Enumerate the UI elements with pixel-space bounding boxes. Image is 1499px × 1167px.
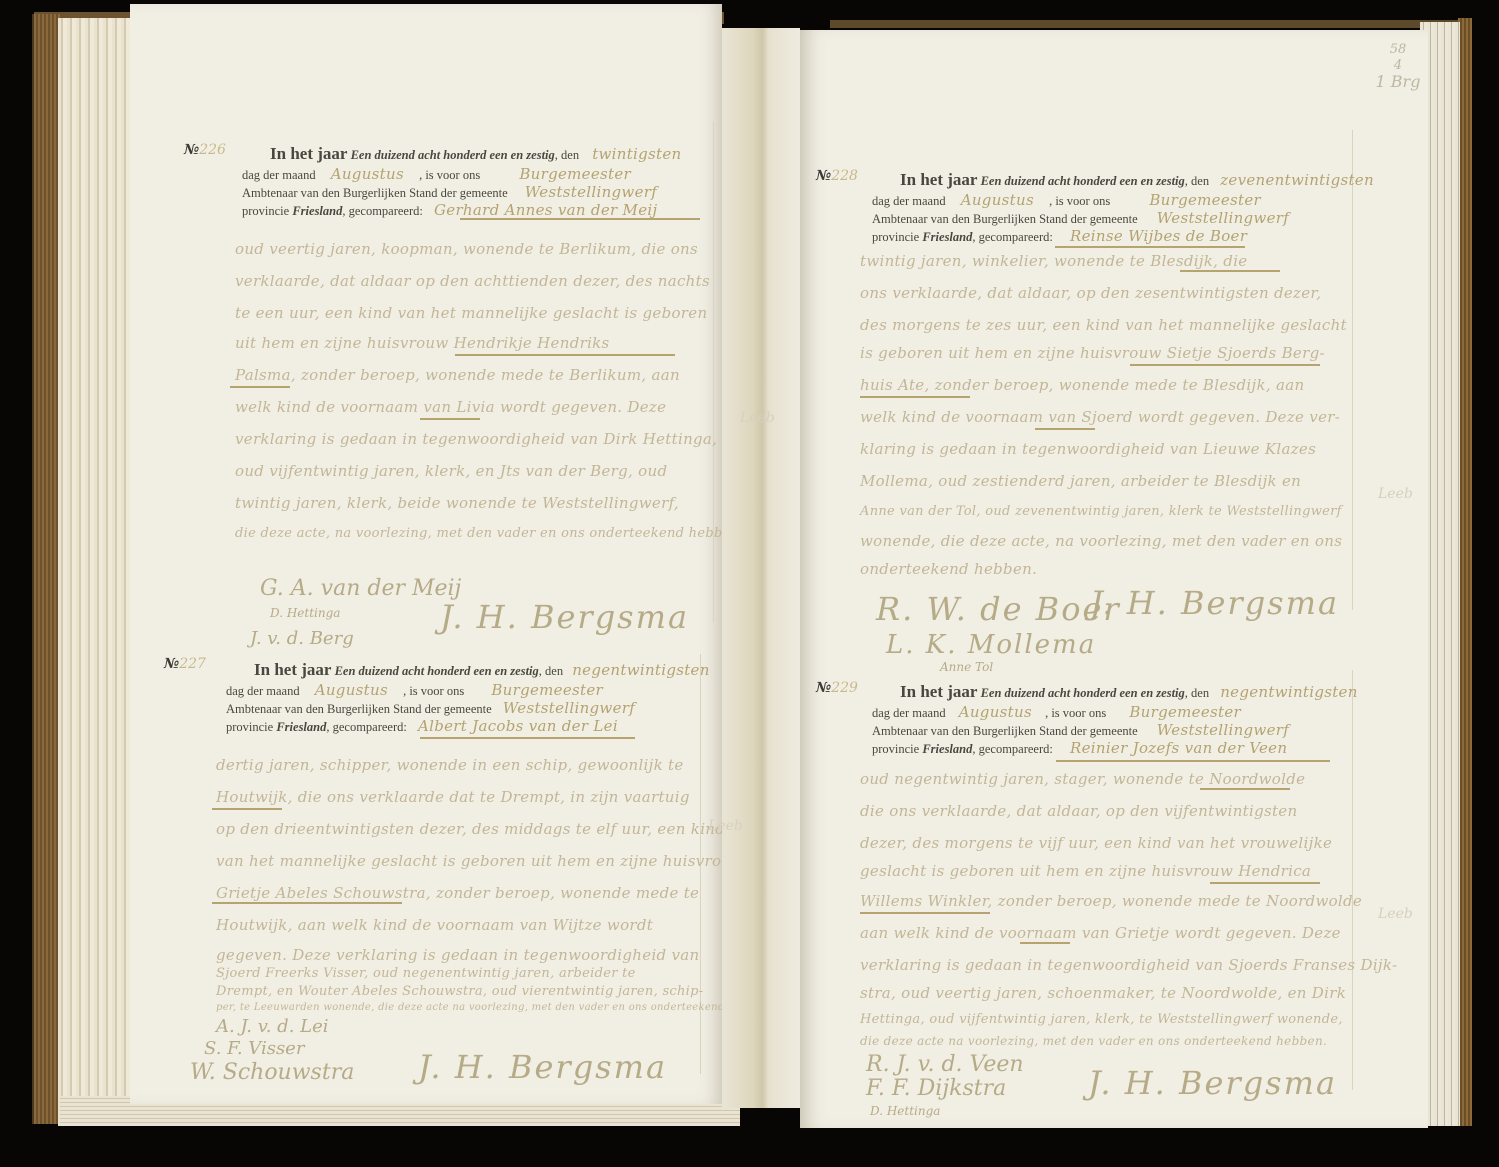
handwritten-text-line: welk kind de voornaam van Sjoerd wordt g…	[860, 408, 1340, 426]
handwritten-text-line: is geboren uit hem en zijne huisvrouw Si…	[860, 344, 1325, 362]
margin-note: Leeb	[1378, 486, 1413, 502]
signature: R. W. de Boer	[876, 590, 1121, 628]
signature: J. H. Bergsma	[1088, 1064, 1337, 1102]
signature: D. Hettinga	[870, 1104, 940, 1118]
printed-text: dag der maand	[872, 194, 946, 208]
handwritten-text-line: wonende, die deze acte, na voorlezing, m…	[860, 532, 1342, 550]
printed-line-1: In het jaar Een duizend acht honderd een…	[900, 172, 1374, 189]
printed-text: , is voor ons	[1049, 194, 1110, 208]
printed-province: Friesland	[922, 230, 972, 244]
margin-rule	[713, 122, 714, 622]
printed-text: dag der maand	[226, 684, 300, 698]
underline	[1180, 270, 1280, 272]
signature: Anne Tol	[940, 660, 993, 674]
handwritten-month: Augustus	[959, 703, 1032, 721]
handwritten-text-line: stra, oud veertig jaren, schoenmaker, te…	[860, 984, 1346, 1002]
handwritten-day: zevenentwintigsten	[1220, 171, 1374, 189]
handwritten-text-line: dertig jaren, schipper, wonende in een s…	[216, 756, 684, 774]
entry-number-value: 227	[179, 656, 206, 672]
number-sign: №	[816, 168, 831, 184]
handwritten-text-line: klaring is gedaan in tegenwoordigheid va…	[860, 440, 1316, 458]
underline	[420, 737, 635, 739]
folio-note: 1 Brg	[1368, 74, 1428, 90]
printed-line-3: Ambtenaar van den Burgerlijken Stand der…	[872, 210, 1289, 227]
underline	[1130, 364, 1320, 366]
handwritten-text-line: Houtwijk, aan welk kind de voornaam van …	[216, 916, 653, 934]
printed-line-3: Ambtenaar van den Burgerlijken Stand der…	[242, 184, 657, 201]
printed-line-3: Ambtenaar van den Burgerlijken Stand der…	[226, 700, 635, 717]
underline	[455, 354, 675, 356]
handwritten-text-line: twintig jaren, winkelier, wonende te Ble…	[860, 252, 1248, 270]
margin-note: Leeb	[740, 410, 775, 426]
handwritten-text-line: Houtwijk, die ons verklaarde dat te Drem…	[216, 788, 690, 806]
underline	[1020, 942, 1070, 944]
handwritten-text-line: uit hem en zijne huisvrouw Hendrikje Hen…	[235, 334, 610, 352]
open-register-book: №226 In het jaar Een duizend acht honder…	[0, 0, 1499, 1167]
printed-line-4: provincie Friesland, gecompareerd: Reini…	[872, 740, 1287, 757]
printed-text: provincie	[242, 204, 289, 218]
printed-text: In het jaar	[900, 170, 977, 189]
printed-text: dag der maand	[872, 706, 946, 720]
entry-number-value: 229	[831, 680, 858, 696]
printed-text: In het jaar	[270, 144, 347, 163]
underline	[420, 418, 480, 420]
entry-number: №228	[816, 168, 858, 184]
signature: G. A. van der Meij	[260, 576, 461, 601]
handwritten-text-line: des morgens te zes uur, een kind van het…	[860, 316, 1347, 334]
underline	[212, 902, 402, 904]
handwritten-text-line: die deze acte, na voorlezing, met den va…	[235, 526, 744, 541]
handwritten-official: Burgemeester	[491, 681, 603, 699]
printed-text: , den	[539, 664, 563, 678]
handwritten-declarant: Gerhard Annes van der Meij	[434, 201, 657, 219]
handwritten-month: Augustus	[961, 191, 1034, 209]
handwritten-text-line: van het mannelijke geslacht is geboren u…	[216, 852, 744, 870]
handwritten-text-line: dezer, des morgens te vijf uur, een kind…	[860, 834, 1332, 852]
handwritten-text-line: te een uur, een kind van het mannelijke …	[235, 304, 707, 322]
printed-text: , is voor ons	[403, 684, 464, 698]
underline	[212, 808, 282, 810]
underline	[230, 386, 290, 388]
printed-text: In het jaar	[254, 660, 331, 679]
printed-text: provincie	[226, 720, 273, 734]
underline	[1055, 246, 1245, 248]
printed-text: , gecompareerd:	[972, 230, 1053, 244]
handwritten-text-line: verklaring is gedaan in tegenwoordigheid…	[860, 956, 1397, 974]
entry-number-value: 226	[199, 142, 226, 158]
printed-line-2: dag der maand Augustus , is voor ons Bur…	[226, 682, 603, 699]
handwritten-day: negentwintigsten	[1220, 683, 1358, 701]
printed-text: , den	[555, 148, 579, 162]
handwritten-municipality: Weststellingwerf	[525, 183, 657, 201]
printed-province: Friesland	[276, 720, 326, 734]
signature: J. H. Bergsma	[1090, 584, 1339, 622]
handwritten-day: negentwintigsten	[572, 661, 710, 679]
signature: J. H. Bergsma	[418, 1048, 667, 1086]
printed-text: provincie	[872, 230, 919, 244]
handwritten-text-line: Drempt, en Wouter Abeles Schouwstra, oud…	[216, 984, 703, 999]
signature: A. J. v. d. Lei	[216, 1016, 329, 1037]
printed-province: Friesland	[922, 742, 972, 756]
printed-line-2: dag der maand Augustus , is voor ons Bur…	[872, 192, 1261, 209]
printed-text: , is voor ons	[1045, 706, 1106, 720]
handwritten-declarant: Reinier Jozefs van der Veen	[1070, 739, 1287, 757]
handwritten-text-line: die ons verklaarde, dat aldaar, op den v…	[860, 802, 1297, 820]
handwritten-text-line: Anne van der Tol, oud zevenentwintig jar…	[860, 504, 1342, 519]
folio-value: 58	[1368, 42, 1428, 58]
signature: W. Schouwstra	[190, 1060, 354, 1085]
handwritten-official: Burgemeester	[1129, 703, 1241, 721]
signature: S. F. Visser	[204, 1038, 304, 1059]
printed-line-2: dag der maand Augustus , is voor ons Bur…	[242, 166, 631, 183]
handwritten-text-line: Palsma, zonder beroep, wonende mede te B…	[235, 366, 680, 384]
printed-text: In het jaar	[900, 682, 977, 701]
folio-number: 58 4 1 Brg	[1368, 42, 1428, 90]
entry-number: №229	[816, 680, 858, 696]
signature: F. F. Dijkstra	[866, 1076, 1006, 1101]
signature: D. Hettinga	[270, 606, 340, 620]
printed-text: provincie	[872, 742, 919, 756]
handwritten-day: twintigsten	[592, 145, 681, 163]
handwritten-text-line: op den drieentwintigsten dezer, des midd…	[216, 820, 725, 838]
underline	[1056, 760, 1330, 762]
signature: J. H. Bergsma	[440, 598, 689, 636]
handwritten-text-line: geslacht is geboren uit hem en zijne hui…	[860, 862, 1311, 880]
signature: J. v. d. Berg	[250, 628, 354, 649]
handwritten-official: Burgemeester	[1149, 191, 1261, 209]
number-sign: №	[816, 680, 831, 696]
handwritten-declarant: Reinse Wijbes de Boer	[1070, 227, 1247, 245]
printed-line-1: In het jaar Een duizend acht honderd een…	[254, 662, 710, 679]
printed-text: Ambtenaar van den Burgerlijken Stand der…	[226, 702, 492, 716]
handwritten-text-line: Sjoerd Freerks Visser, oud negenentwinti…	[216, 966, 636, 981]
printed-line-1: In het jaar Een duizend acht honderd een…	[900, 684, 1358, 701]
entry-number-value: 228	[831, 168, 858, 184]
printed-line-3: Ambtenaar van den Burgerlijken Stand der…	[872, 722, 1289, 739]
handwritten-text-line: aan welk kind de voornaam van Grietje wo…	[860, 924, 1341, 942]
margin-note: Leeb	[708, 818, 743, 834]
handwritten-text-line: onderteekend hebben.	[860, 560, 1037, 578]
printed-province: Friesland	[292, 204, 342, 218]
printed-text: , gecompareerd:	[972, 742, 1053, 756]
margin-rule	[1352, 670, 1353, 1090]
underline	[460, 218, 700, 220]
handwritten-text-line: per, te Leeuwarden wonende, die deze act…	[216, 1002, 771, 1013]
handwritten-text-line: welk kind de voornaam van Livia wordt ge…	[235, 398, 666, 416]
handwritten-month: Augustus	[315, 681, 388, 699]
book-gutter	[722, 28, 800, 1108]
underline	[860, 912, 990, 914]
printed-year: Een duizend acht honderd een en zestig	[335, 664, 539, 678]
margin-rule	[1352, 130, 1353, 610]
handwritten-text-line: twintig jaren, klerk, beide wonende te W…	[235, 494, 679, 512]
printed-text: Ambtenaar van den Burgerlijken Stand der…	[872, 724, 1138, 738]
handwritten-text-line: oud negentwintig jaren, stager, wonende …	[860, 770, 1305, 788]
handwritten-text-line: gegeven. Deze verklaring is gedaan in te…	[216, 946, 700, 964]
printed-year: Een duizend acht honderd een en zestig	[981, 686, 1185, 700]
handwritten-text-line: die deze acte na voorlezing, met den vad…	[860, 1034, 1327, 1048]
printed-line-2: dag der maand Augustus , is voor ons Bur…	[872, 704, 1241, 721]
printed-text: , is voor ons	[419, 168, 480, 182]
handwritten-text-line: verklaring is gedaan in tegenwoordigheid…	[235, 430, 717, 448]
book-cover-spine-right	[1458, 18, 1472, 1126]
entry-number: №226	[184, 142, 226, 158]
left-page: №226 In het jaar Een duizend acht honder…	[130, 4, 722, 1104]
printed-year: Een duizend acht honderd een en zestig	[981, 174, 1185, 188]
handwritten-text-line: verklaarde, dat aldaar op den achttiende…	[235, 272, 710, 290]
handwritten-text-line: Willems Winkler, zonder beroep, wonende …	[860, 892, 1362, 910]
handwritten-declarant: Albert Jacobs van der Lei	[418, 717, 618, 735]
printed-text: Ambtenaar van den Burgerlijken Stand der…	[242, 186, 508, 200]
underline	[1210, 882, 1320, 884]
handwritten-official: Burgemeester	[519, 165, 631, 183]
printed-text: dag der maand	[242, 168, 316, 182]
handwritten-text-line: Hettinga, oud vijfentwintig jaren, klerk…	[860, 1012, 1343, 1027]
handwritten-text-line: Grietje Abeles Schouwstra, zonder beroep…	[216, 884, 699, 902]
printed-text: Ambtenaar van den Burgerlijken Stand der…	[872, 212, 1138, 226]
number-sign: №	[184, 142, 199, 158]
printed-line-4: provincie Friesland, gecompareerd: Gerha…	[242, 202, 657, 219]
handwritten-municipality: Weststellingwerf	[503, 699, 635, 717]
printed-text: , gecompareerd:	[342, 204, 423, 218]
margin-note: Leeb	[1378, 906, 1413, 922]
handwritten-text-line: Mollema, oud zestienderd jaren, arbeider…	[860, 472, 1301, 490]
printed-line-1: In het jaar Een duizend acht honderd een…	[270, 146, 682, 163]
handwritten-text-line: oud vijfentwintig jaren, klerk, en Jts v…	[235, 462, 667, 480]
right-page: 58 4 1 Brg №228 In het jaar Een duizend …	[800, 30, 1428, 1128]
printed-year: Een duizend acht honderd een en zestig	[351, 148, 555, 162]
signature: L. K. Mollema	[886, 630, 1096, 660]
handwritten-municipality: Weststellingwerf	[1157, 209, 1289, 227]
printed-text: , gecompareerd:	[326, 720, 407, 734]
printed-line-4: provincie Friesland, gecompareerd: Alber…	[226, 718, 618, 735]
underline	[1035, 428, 1095, 430]
book-cover-top-right	[830, 20, 1460, 28]
handwritten-text-line: oud veertig jaren, koopman, wonende te B…	[235, 240, 698, 258]
underline	[860, 396, 970, 398]
number-sign: №	[164, 656, 179, 672]
printed-line-4: provincie Friesland, gecompareerd: Reins…	[872, 228, 1247, 245]
entry-number: №227	[164, 656, 206, 672]
printed-text: , den	[1185, 686, 1209, 700]
underline	[1200, 788, 1290, 790]
handwritten-month: Augustus	[331, 165, 404, 183]
printed-text: , den	[1185, 174, 1209, 188]
signature: R. J. v. d. Veen	[866, 1052, 1024, 1077]
handwritten-text-line: huis Ate, zonder beroep, wonende mede te…	[860, 376, 1304, 394]
handwritten-municipality: Weststellingwerf	[1157, 721, 1289, 739]
handwritten-text-line: ons verklaarde, dat aldaar, op den zesen…	[860, 284, 1321, 302]
